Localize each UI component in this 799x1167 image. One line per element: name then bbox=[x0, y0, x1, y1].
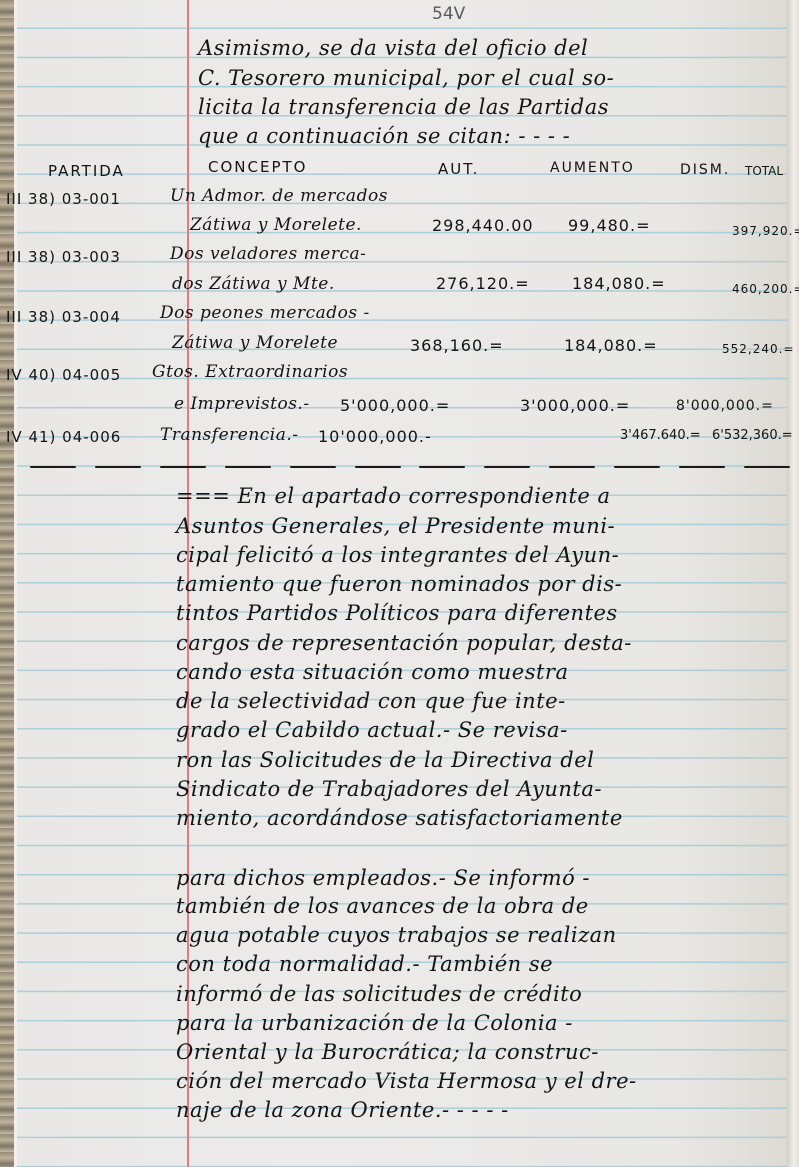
separator-dashes bbox=[30, 466, 790, 470]
page-binding bbox=[0, 0, 14, 1167]
body-line: tintos Partidos Políticos para diferente… bbox=[176, 601, 618, 625]
body-line: cargos de representación popular, desta- bbox=[176, 631, 632, 655]
header-dism: DISM. bbox=[680, 162, 730, 178]
row-total: 552,240.= bbox=[722, 342, 795, 356]
body-line: tamiento que fueron nominados por dis- bbox=[176, 572, 622, 596]
intro-line-4: que a continuación se citan: - - - - bbox=[198, 124, 570, 148]
row-aut: 368,160.= bbox=[410, 336, 504, 355]
row-dism: 3'467.640.= bbox=[620, 428, 701, 443]
intro-line-3: licita la transferencia de las Partidas bbox=[198, 95, 609, 119]
body-line: ción del mercado Vista Hermosa y el dre- bbox=[176, 1069, 637, 1093]
row-concepto-line2: dos Zátiwa y Mte. bbox=[172, 274, 335, 294]
body-line: Oriental y la Burocrática; la construc- bbox=[176, 1040, 599, 1064]
row-partida: III 38) 03-003 bbox=[6, 248, 121, 266]
row-total: 6'532,360.= bbox=[712, 428, 793, 443]
header-concepto: CONCEPTO bbox=[208, 158, 307, 176]
row-aumento: 184,080.= bbox=[572, 274, 666, 293]
body-line: Asuntos Generales, el Presidente muni- bbox=[176, 514, 615, 538]
row-partida: III 38) 03-004 bbox=[6, 308, 121, 326]
row-partida: III 38) 03-001 bbox=[6, 190, 121, 208]
page-right-edge bbox=[787, 0, 799, 1167]
row-partida: IV 40) 04-005 bbox=[6, 366, 121, 384]
row-total: 460,200.= bbox=[732, 282, 799, 296]
body-line: === En el apartado correspondiente a bbox=[176, 484, 611, 508]
body-line: Sindicato de Trabajadores del Ayunta- bbox=[176, 777, 602, 801]
row-total: 397,920.= bbox=[732, 224, 799, 238]
body-line: naje de la zona Oriente.- - - - - bbox=[176, 1098, 509, 1122]
row-concepto-line2: e Imprevistos.- bbox=[174, 394, 310, 414]
body-line: para dichos empleados.- Se informó - bbox=[176, 866, 590, 890]
row-concepto-line2: Zátiwa y Morelete. bbox=[190, 215, 362, 235]
binding-edge bbox=[14, 0, 17, 1167]
row-concepto-line2: Zátiwa y Morelete bbox=[172, 333, 338, 353]
row-concepto-line1: Gtos. Extraordinarios bbox=[152, 362, 348, 382]
body-line: miento, acordándose satisfactoriamente bbox=[176, 806, 623, 830]
body-line: también de los avances de la obra de bbox=[176, 894, 589, 918]
body-line: grado el Cabildo actual.- Se revisa- bbox=[176, 718, 568, 742]
body-line: con toda normalidad.- También se bbox=[176, 952, 553, 976]
row-partida: IV 41) 04-006 bbox=[6, 428, 121, 446]
header-total: TOTAL bbox=[745, 164, 783, 178]
header-aumento: AUMENTO bbox=[550, 160, 635, 176]
notebook-page: 54V Asimismo, se da vista del oficio del… bbox=[0, 0, 799, 1167]
row-concepto-line1: Un Admor. de mercados bbox=[170, 186, 388, 206]
header-aut: AUT. bbox=[438, 160, 479, 178]
row-concepto-line1: Transferencia.- bbox=[160, 425, 299, 445]
header-partida: PARTIDA bbox=[48, 162, 125, 180]
row-aumento: 99,480.= bbox=[568, 216, 650, 235]
body-line: informó de las solicitudes de crédito bbox=[176, 982, 582, 1006]
body-line: de la selectividad con que fue inte- bbox=[176, 689, 566, 713]
body-line: ron las Solicitudes de la Directiva del bbox=[176, 748, 594, 772]
intro-line-2: C. Tesorero municipal, por el cual so- bbox=[198, 66, 614, 90]
intro-line-1: Asimismo, se da vista del oficio del bbox=[198, 36, 588, 60]
row-aumento: 184,080.= bbox=[564, 336, 658, 355]
row-concepto-line1: Dos peones mercados - bbox=[160, 303, 370, 323]
body-line: agua potable cuyos trabajos se realizan bbox=[176, 923, 617, 947]
row-concepto-line1: Dos veladores merca- bbox=[170, 244, 366, 264]
body-line: cando esta situación como muestra bbox=[176, 660, 568, 684]
body-line: para la urbanización de la Colonia - bbox=[176, 1011, 573, 1035]
body-line: cipal felicitó a los integrantes del Ayu… bbox=[176, 543, 619, 567]
row-aumento: 3'000,000.= bbox=[520, 396, 630, 415]
row-aut: 5'000,000.= bbox=[340, 396, 450, 415]
row-aut: 298,440.00 bbox=[432, 216, 534, 235]
row-aut: 276,120.= bbox=[436, 274, 530, 293]
page-number: 54V bbox=[432, 4, 465, 24]
row-total: 8'000,000.= bbox=[676, 398, 774, 414]
row-aut: 10'000,000.- bbox=[318, 427, 432, 446]
